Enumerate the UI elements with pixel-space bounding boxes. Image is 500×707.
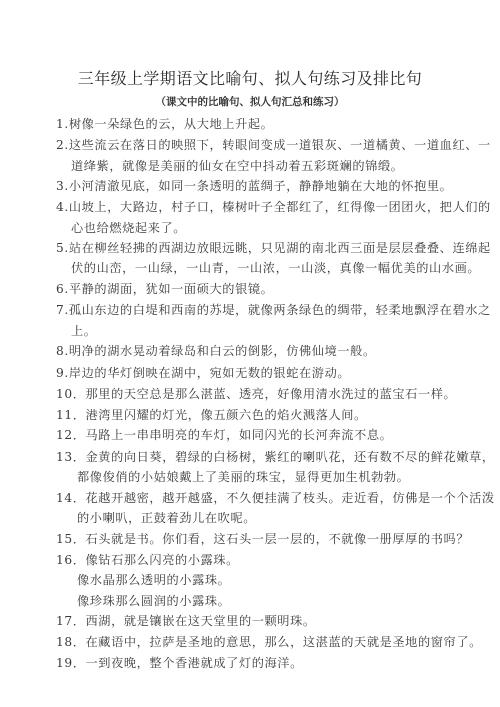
item-text: 那里的天空总是那么湛蓝、透亮，好像用清水洗过的蓝宝石一样。 — [86, 387, 457, 401]
item-text: 金黄的向日葵，碧绿的白杨树，紫红的喇叭花，还有数不尽的鲜花嫩草， — [86, 450, 495, 464]
item-number: 10． — [56, 386, 86, 402]
list-item-15: 15．石头就是书。你们看，这石头一层一层的，不就像一册厚厚的书吗？ — [56, 531, 469, 547]
list-item-1: 1. 树像一朵绿色的云，从大地上升起。 — [56, 116, 273, 132]
item-number: 15． — [56, 531, 86, 547]
item-text: 在藏语中，拉萨是圣地的意思，那么，这湛蓝的天就是圣地的窗帘了。 — [86, 635, 482, 649]
list-item-7-continued: 上。 — [71, 323, 97, 339]
list-item-11: 11．港湾里闪耀的灯光，像五颜六色的焰火溅落人间。 — [56, 407, 367, 423]
item-text: 树像一朵绿色的云，从大地上升起。 — [69, 117, 274, 131]
list-item-17: 17．西湖，就是镶嵌在这天堂里的一颗明珠。 — [56, 613, 316, 629]
document-title: 三年级上学期语文比喻句、拟人句练习及排比句 — [0, 66, 500, 89]
item-number: 16． — [56, 552, 86, 568]
item-text: 西湖，就是镶嵌在这天堂里的一颗明珠。 — [86, 614, 316, 628]
item-number: 1. — [56, 116, 69, 132]
item-number: 19． — [56, 655, 86, 671]
list-item-16-line-3: 像珍珠那么圆润的小露珠。 — [77, 593, 230, 609]
item-number: 8. — [56, 343, 69, 359]
item-text: 平静的湖面，犹如一面硕大的银镜。 — [69, 282, 274, 296]
item-number: 17． — [56, 613, 86, 629]
item-text: 山坡上，大路边，村子口，榛树叶子全都红了，红得像一团团火，把人们的 — [69, 200, 491, 214]
list-item-13: 13．金黄的向日葵，碧绿的白杨树，紫红的喇叭花，还有数不尽的鲜花嫩草， — [56, 449, 495, 465]
list-item-10: 10．那里的天空总是那么湛蓝、透亮，好像用清水洗过的蓝宝石一样。 — [56, 386, 456, 402]
item-text: 石头就是书。你们看，这石头一层一层的，不就像一册厚厚的书吗？ — [86, 532, 470, 546]
item-text: 像钻石那么闪亮的小露珠。 — [86, 553, 239, 567]
list-item-2: 2. 这些流云在落日的映照下，转眼间变成一道银灰、一道橘黄、一道血红、一 — [56, 137, 491, 153]
item-number: 9. — [56, 365, 69, 381]
document-page: 三年级上学期语文比喻句、拟人句练习及排比句 （课文中的比喻句、拟人句汇总和练习）… — [0, 0, 500, 707]
item-text: 马路上一串串明亮的车灯，如同闪光的长河奔流不息。 — [86, 428, 393, 442]
item-number: 14． — [56, 490, 86, 506]
list-item-13-continued: 都像俊俏的小姑娘戴上了美丽的珠宝，显得更加生机勃勃。 — [77, 469, 409, 485]
item-text: 这些流云在落日的映照下，转眼间变成一道银灰、一道橘黄、一道血红、一 — [69, 138, 491, 152]
list-item-14: 14．花越开越密，越开越盛，不久便挂满了枝头。走近看，仿佛是一个个活泼 — [56, 490, 495, 506]
item-number: 6. — [56, 281, 69, 297]
item-number: 13． — [56, 449, 86, 465]
item-text: 站在柳丝轻拂的西湖边放眼远眺，只见湖的南北西三面是层层叠叠、连绵起 — [69, 241, 491, 255]
item-text: 小河清澈见底，如同一条透明的蓝绸子，静静地躺在大地的怀抱里。 — [69, 179, 453, 193]
document-subtitle: （课文中的比喻句、拟人句汇总和练习） — [0, 94, 500, 109]
item-text: 港湾里闪耀的灯光，像五颜六色的焰火溅落人间。 — [86, 408, 367, 422]
list-item-9: 9. 岸边的华灯倒映在湖中，宛如无数的银蛇在游动。 — [56, 365, 350, 381]
list-item-19: 19．一到夜晚，整个香港就成了灯的海洋。 — [56, 655, 303, 671]
list-item-14-continued: 的小喇叭，正鼓着劲儿在吹呢。 — [77, 510, 256, 526]
item-text: 花越开越密，越开越盛，不久便挂满了枝头。走近看，仿佛是一个个活泼 — [86, 491, 495, 505]
list-item-3: 3. 小河清澈见底，如同一条透明的蓝绸子，静静地躺在大地的怀抱里。 — [56, 178, 452, 194]
item-number: 3. — [56, 178, 69, 194]
list-item-18: 18．在藏语中，拉萨是圣地的意思，那么，这湛蓝的天就是圣地的窗帘了。 — [56, 634, 482, 650]
list-item-8: 8. 明净的湖水晃动着绿岛和白云的倒影，仿佛仙境一般。 — [56, 343, 376, 359]
item-number: 12． — [56, 427, 86, 443]
list-item-5-continued: 伏的山峦，一山绿，一山青，一山浓，一山淡，真像一幅优美的山水画。 — [71, 260, 480, 276]
item-number: 11． — [56, 407, 86, 423]
item-text: 岸边的华灯倒映在湖中，宛如无数的银蛇在游动。 — [69, 366, 350, 380]
list-item-12: 12．马路上一串串明亮的车灯，如同闪光的长河奔流不息。 — [56, 427, 392, 443]
list-item-16-line-2: 像水晶那么透明的小露珠。 — [77, 572, 230, 588]
list-item-6: 6. 平静的湖面，犹如一面硕大的银镜。 — [56, 281, 273, 297]
item-number: 4. — [56, 199, 69, 215]
item-text: 一到夜晚，整个香港就成了灯的海洋。 — [86, 656, 303, 670]
list-item-2-continued: 道绛紫，就像是美丽的仙女在空中抖动着五彩斑斓的锦缎。 — [71, 158, 403, 174]
item-text: 明净的湖水晃动着绿岛和白云的倒影，仿佛仙境一般。 — [69, 344, 376, 358]
item-text: 孤山东边的白堤和西南的苏堤，就像两条绿色的绸带，轻柔地飘浮在碧水之 — [69, 303, 491, 317]
item-number: 2. — [56, 137, 69, 153]
item-number: 7. — [56, 302, 69, 318]
list-item-5: 5. 站在柳丝轻拂的西湖边放眼远眺，只见湖的南北西三面是层层叠叠、连绵起 — [56, 240, 491, 256]
item-number: 5. — [56, 240, 69, 256]
list-item-4-continued: 心也给燃烧起来了。 — [71, 220, 186, 236]
item-number: 18． — [56, 634, 86, 650]
list-item-16: 16．像钻石那么闪亮的小露珠。 — [56, 552, 239, 568]
list-item-4: 4. 山坡上，大路边，村子口，榛树叶子全都红了，红得像一团团火，把人们的 — [56, 199, 491, 215]
list-item-7: 7. 孤山东边的白堤和西南的苏堤，就像两条绿色的绸带，轻柔地飘浮在碧水之 — [56, 302, 491, 318]
